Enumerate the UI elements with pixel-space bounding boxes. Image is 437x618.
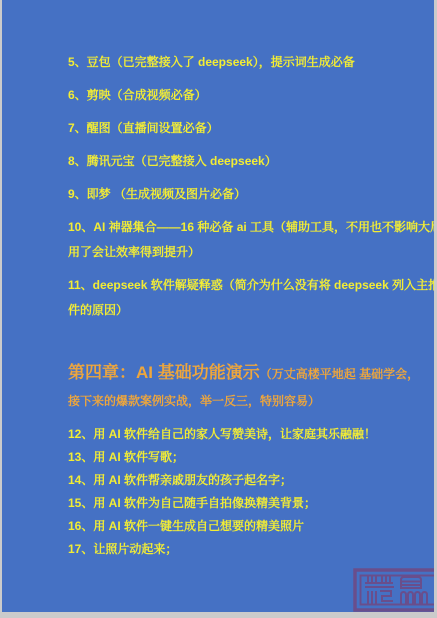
toc-item-10-line1: 10、AI 神器集合——16 种必备 ai 工具（辅助工具，不用也不影响大局， xyxy=(68,215,434,240)
toc-item-9-line: 9、即梦 （生成视频及图片必备） xyxy=(68,182,434,207)
toc-item-11: 11、deepseek 软件解疑释惑（简介为什么没有将 deepseek 列入主… xyxy=(68,273,434,323)
demo-item-16: 16、用 AI 软件一键生成自己想要的精美照片 xyxy=(68,515,434,538)
toc-item-5: 5、豆包（已完整接入了 deepseek），提示词生成必备 xyxy=(68,50,434,75)
document-page: 5、豆包（已完整接入了 deepseek），提示词生成必备 6、剪映（合成视频必… xyxy=(2,0,434,612)
demo-item-17: 17、让照片动起来； xyxy=(68,538,434,561)
toc-item-11-line1: 11、deepseek 软件解疑释惑（简介为什么没有将 deepseek 列入主… xyxy=(68,273,434,298)
toc-item-6-line: 6、剪映（合成视频必备） xyxy=(68,83,434,108)
demo-item-13: 13、用 AI 软件写歌； xyxy=(68,446,434,469)
chapter-heading-line1: 第四章：AI 基础功能演示（万丈高楼平地起 基础学会， xyxy=(68,356,434,389)
toc-item-10-line2: 用了会让效率得到提升） xyxy=(68,240,434,265)
seal-stamp-watermark-icon xyxy=(353,568,434,612)
demo-list: 12、用 AI 软件给自己的家人写赞美诗，让家庭其乐融融！ 13、用 AI 软件… xyxy=(68,423,434,561)
toc-item-5-line: 5、豆包（已完整接入了 deepseek），提示词生成必备 xyxy=(68,50,434,75)
toc-item-10: 10、AI 神器集合——16 种必备 ai 工具（辅助工具，不用也不影响大局， … xyxy=(68,215,434,265)
demo-item-15: 15、用 AI 软件为自己随手自拍像换精美背景； xyxy=(68,492,434,515)
chapter-heading: 第四章：AI 基础功能演示（万丈高楼平地起 基础学会， 接下来的爆款案例实战，举… xyxy=(68,356,434,414)
chapter-subtitle-part1: （万丈高楼平地起 基础学会， xyxy=(260,367,419,381)
toc-item-8-line: 8、腾讯元宝（已完整接入 deepseek） xyxy=(68,149,434,174)
toc-item-6: 6、剪映（合成视频必备） xyxy=(68,83,434,108)
document-screenshot: { "colors": { "page_background": "#4571c… xyxy=(0,0,437,618)
toc-item-11-line2: 件的原因） xyxy=(68,298,434,323)
toc-item-8: 8、腾讯元宝（已完整接入 deepseek） xyxy=(68,149,434,174)
demo-item-14: 14、用 AI 软件帮亲戚朋友的孩子起名字； xyxy=(68,469,434,492)
chapter-subtitle-part2: 接下来的爆款案例实战，举一反三，特别容易） xyxy=(68,389,434,414)
document-content: 5、豆包（已完整接入了 deepseek），提示词生成必备 6、剪映（合成视频必… xyxy=(2,0,434,561)
demo-item-12: 12、用 AI 软件给自己的家人写赞美诗，让家庭其乐融融！ xyxy=(68,423,434,446)
chapter-title: 第四章：AI 基础功能演示 xyxy=(68,363,260,382)
toc-item-7-line: 7、醒图（直播间设置必备） xyxy=(68,116,434,141)
toc-item-7: 7、醒图（直播间设置必备） xyxy=(68,116,434,141)
toc-item-9: 9、即梦 （生成视频及图片必备） xyxy=(68,182,434,207)
